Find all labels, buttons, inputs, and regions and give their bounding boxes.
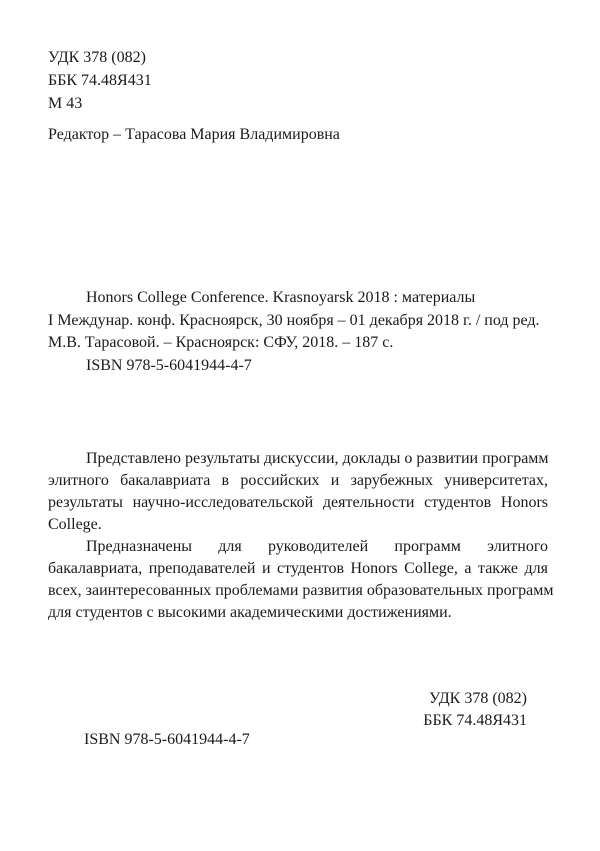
annotation-p2-line: для студентов с высокими академическими … [48, 602, 548, 624]
imprint-page: УДК 378 (082) ББК 74.48Я431 М 43 Редакто… [0, 0, 600, 851]
bottom-classification-block: УДК 378 (082) ББК 74.48Я431 [423, 688, 527, 732]
bbk-code-bottom: ББК 74.48Я431 [423, 710, 527, 732]
annotation-p2-line: всех, заинтересованных проблемами развит… [48, 580, 548, 602]
annotation-p1-line: College. [48, 514, 548, 536]
editor-line: Редактор – Тарасова Мария Владимировна [48, 124, 340, 146]
annotation-block: Представлено результаты дискуссии, докла… [48, 448, 548, 624]
bib-line: Honors College Conference. Krasnoyarsk 2… [48, 287, 558, 310]
annotation-p2-line: бакалавриата, преподавателей и студентов… [48, 558, 548, 580]
isbn-line-bottom: ISBN 978-5-6041944-4-7 [84, 729, 250, 751]
annotation-p1-line: результаты научно-исследовательской деят… [48, 492, 548, 514]
udc-code-top: УДК 378 (082) [48, 46, 152, 69]
top-classification-block: УДК 378 (082) ББК 74.48Я431 М 43 [48, 46, 152, 115]
bbk-code-top: ББК 74.48Я431 [48, 69, 152, 92]
annotation-p1-line: Представлено результаты дискуссии, докла… [48, 448, 548, 470]
annotation-p2-line: Предназначены для руководителей программ… [48, 536, 548, 558]
bib-line: I Междунар. конф. Красноярск, 30 ноября … [48, 310, 558, 333]
author-sign-code: М 43 [48, 92, 152, 115]
annotation-p1-line: элитного бакалавриата в российских и зар… [48, 470, 548, 492]
udc-code-bottom: УДК 378 (082) [423, 688, 527, 710]
bibliographic-record: Honors College Conference. Krasnoyarsk 2… [48, 287, 558, 377]
bib-line: М.В. Тарасовой. – Красноярск: СФУ, 2018.… [48, 332, 558, 355]
isbn-line-record: ISBN 978-5-6041944-4-7 [48, 355, 558, 378]
